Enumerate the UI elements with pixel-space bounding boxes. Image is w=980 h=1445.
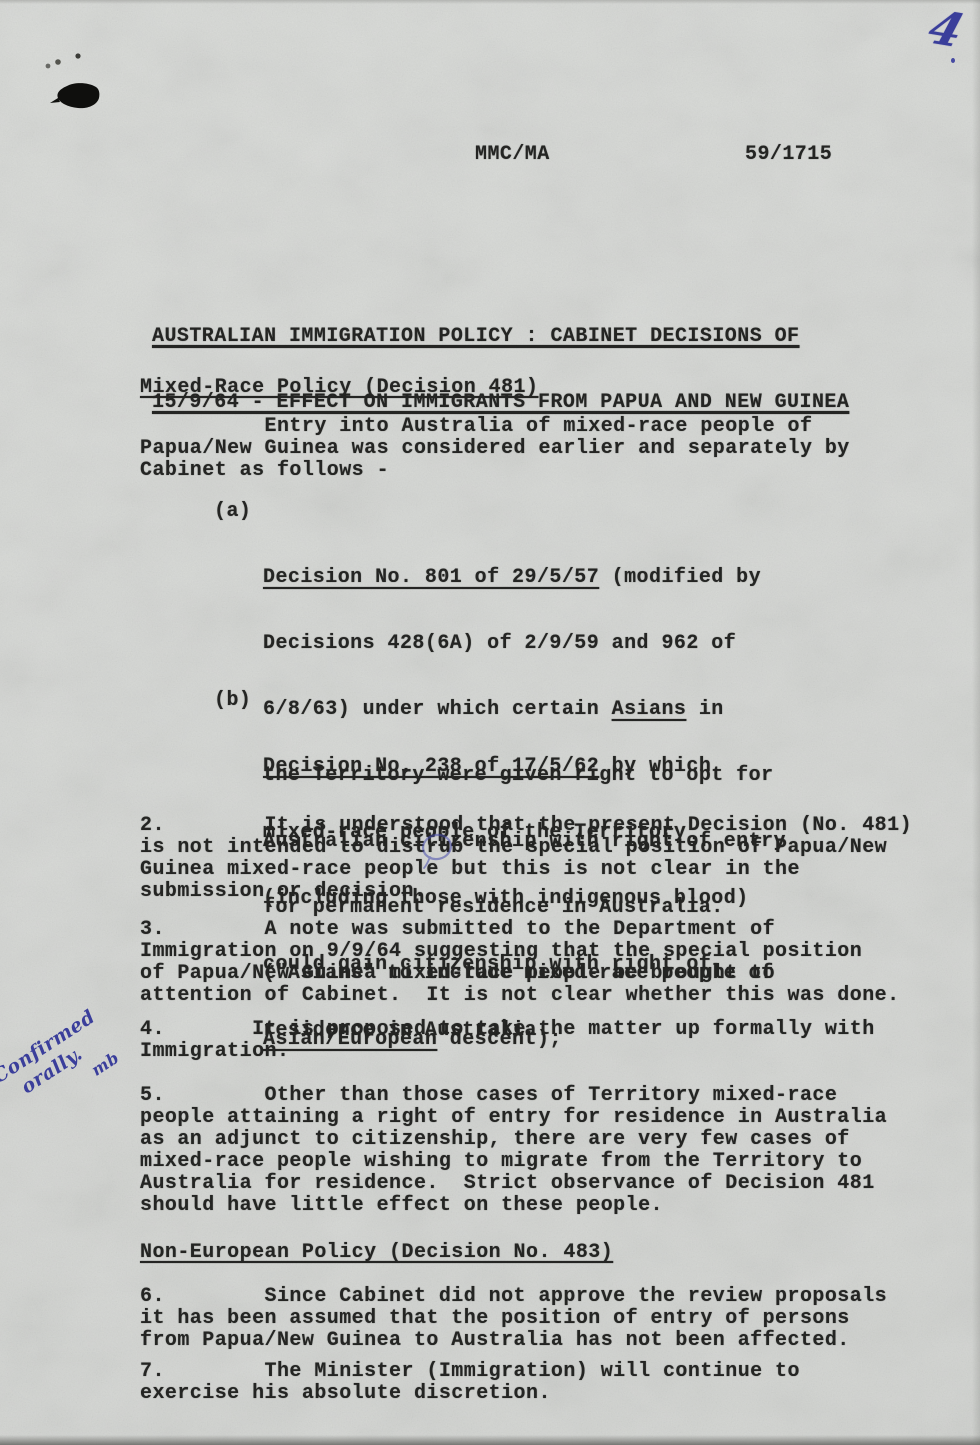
doc-reference-number: 59/1715 xyxy=(745,144,832,166)
paragraph-1: Entry into Australia of mixed-race peopl… xyxy=(140,416,850,482)
paragraph-2: 2. It is understood that the present Dec… xyxy=(140,815,912,903)
typed-text-layer: MMC/MA 59/1715 AUSTRALIAN IMMIGRATION PO… xyxy=(0,0,980,1445)
section-heading-mixed-race-policy: Mixed-Race Policy (Decision 481) xyxy=(140,377,538,399)
paragraph-5: 5. Other than those cases of Territory m… xyxy=(140,1085,887,1217)
list-item-a-label: (a) xyxy=(214,501,251,523)
scan-edge-bottom xyxy=(0,1435,980,1445)
document-page: MMC/MA 59/1715 AUSTRALIAN IMMIGRATION PO… xyxy=(0,0,980,1445)
paragraph-7: 7. The Minister (Immigration) will conti… xyxy=(140,1361,800,1405)
doc-code: MMC/MA xyxy=(475,144,550,166)
paragraph-3: 3. A note was submitted to the Departmen… xyxy=(140,919,900,1007)
scan-edge-right xyxy=(972,0,980,1445)
paragraph-4: 4. It is proposed to take the matter up … xyxy=(140,1019,875,1063)
pen-speck xyxy=(951,58,955,63)
document-title-line1: AUSTRALIAN IMMIGRATION POLICY : CABINET … xyxy=(152,326,849,348)
list-item-a-line: Decision No. 801 of 29/5/57 (modified by xyxy=(263,567,786,589)
paragraph-6: 6. Since Cabinet did not approve the rev… xyxy=(140,1286,887,1352)
list-item-a-line: Decisions 428(6A) of 2/9/59 and 962 of xyxy=(263,633,786,655)
section-heading-non-european-policy: Non-European Policy (Decision No. 483) xyxy=(140,1242,613,1264)
list-item-b-label: (b) xyxy=(214,690,251,712)
scan-edge-top xyxy=(0,0,980,4)
list-item-b-line: Decision No. 238 of 17/5/62 by which xyxy=(263,756,749,778)
